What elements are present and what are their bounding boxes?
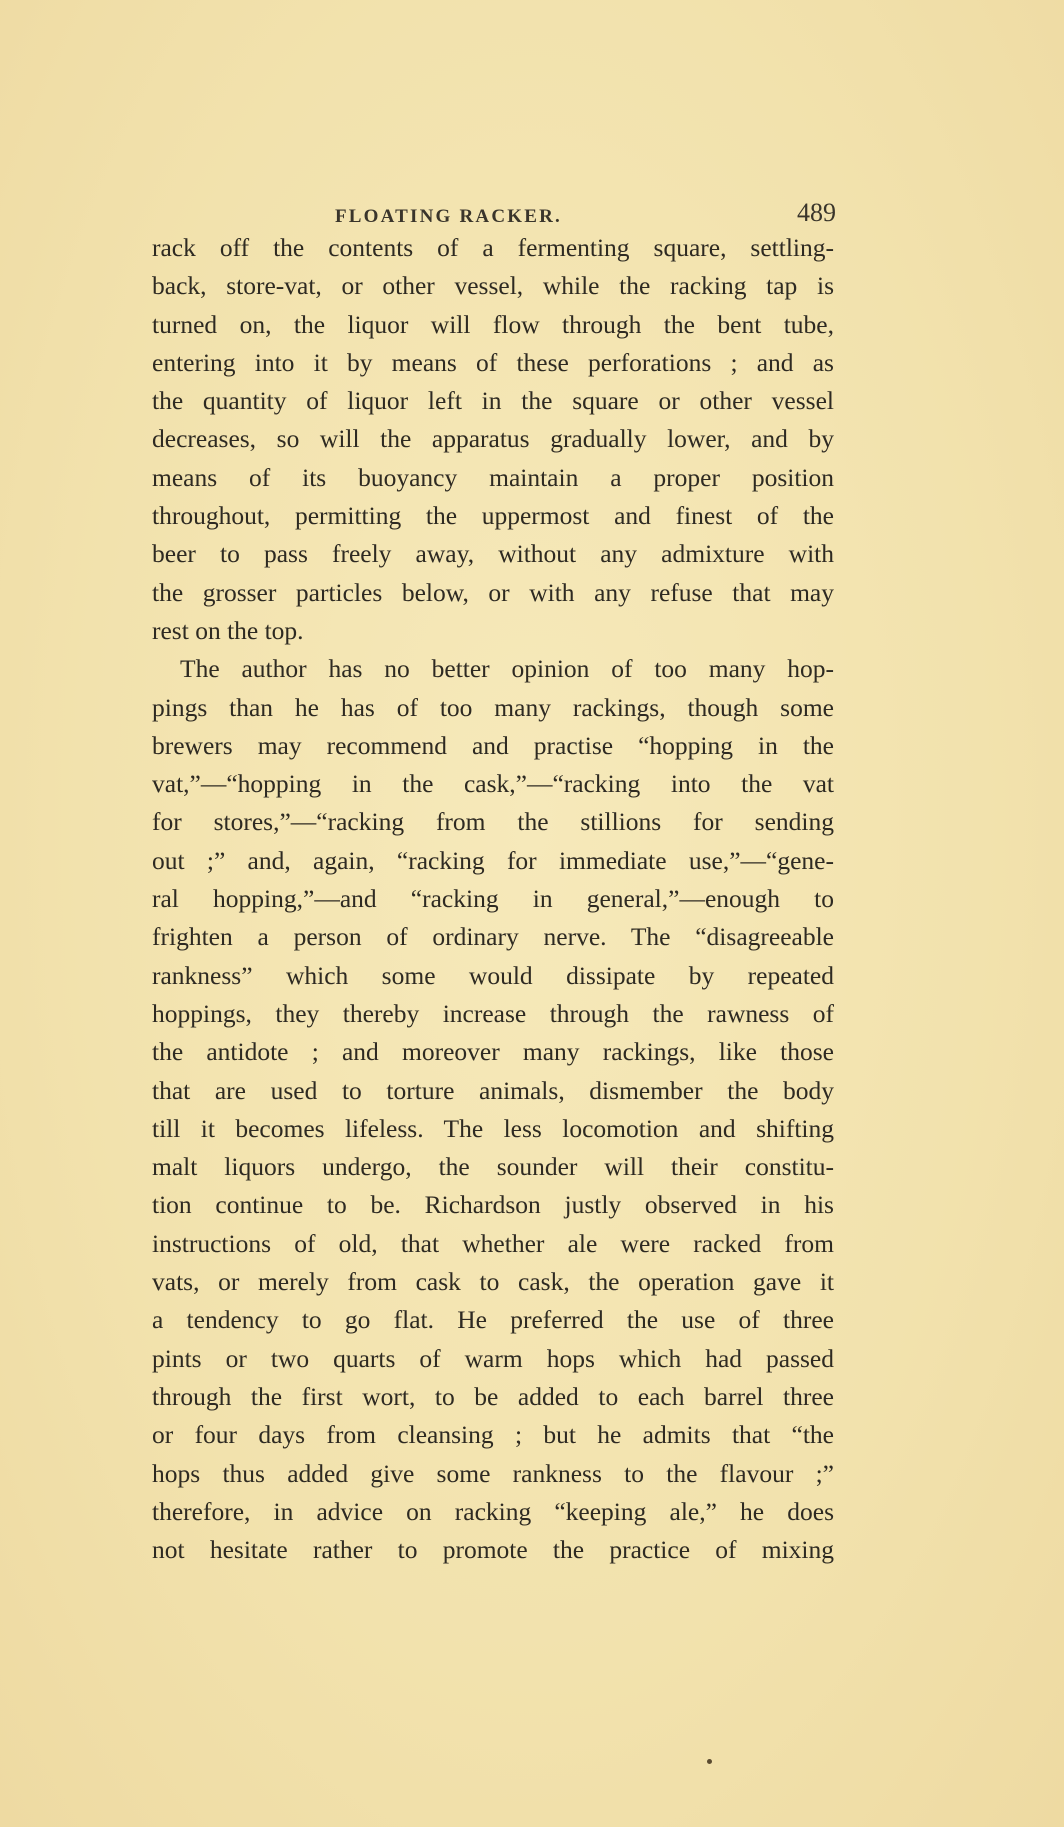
- text-line: rankness” which some would dissipate by …: [152, 957, 834, 995]
- running-title: FLOATING RACKER.: [335, 206, 562, 228]
- text-line: malt liquors undergo, the sounder will t…: [152, 1148, 834, 1186]
- text-line: through the first wort, to be added to e…: [152, 1378, 834, 1416]
- text-line: a tendency to go flat. He preferred the …: [152, 1301, 834, 1339]
- text-line: turned on, the liquor will flow through …: [152, 306, 834, 344]
- text-line: the grosser particles below, or with any…: [152, 574, 834, 612]
- text-line: back, store-vat, or other vessel, while …: [152, 267, 834, 305]
- text-line: vats, or merely from cask to cask, the o…: [152, 1263, 834, 1301]
- text-line: pints or two quarts of warm hops which h…: [152, 1340, 834, 1378]
- text-line: till it becomes lifeless. The less locom…: [152, 1110, 834, 1148]
- text-line: rack off the contents of a fermenting sq…: [152, 229, 834, 267]
- text-line: vat,”—“hopping in the cask,”—“racking in…: [152, 765, 834, 803]
- text-line: throughout, permitting the uppermost and…: [152, 497, 834, 535]
- text-line: hops thus added give some rankness to th…: [152, 1455, 834, 1493]
- text-line: brewers may recommend and practise “hopp…: [152, 727, 834, 765]
- text-line: ral hopping,”—and “racking in general,”—…: [152, 880, 834, 918]
- text-line: beer to pass freely away, without any ad…: [152, 535, 834, 573]
- text-line: hoppings, they thereby increase through …: [152, 995, 834, 1033]
- text-line: means of its buoyancy maintain a proper …: [152, 459, 834, 497]
- page-number: 489: [797, 198, 836, 228]
- text-line: pings than he has of too many rackings, …: [152, 689, 834, 727]
- text-line: frighten a person of ordinary nerve. The…: [152, 918, 834, 956]
- text-line: instructions of old, that whether ale we…: [152, 1225, 834, 1263]
- text-line: that are used to torture animals, dismem…: [152, 1072, 834, 1110]
- text-line: decreases, so will the apparatus gradual…: [152, 420, 834, 458]
- text-line-paragraph-start: The author has no better opinion of too …: [152, 650, 834, 688]
- text-line: entering into it by means of these perfo…: [152, 344, 834, 382]
- text-line: or four days from cleansing ; but he adm…: [152, 1416, 834, 1454]
- text-line: therefore, in advice on racking “keeping…: [152, 1493, 834, 1531]
- text-line-paragraph-end: rest on the top.: [152, 612, 834, 650]
- text-line: tion continue to be. Richardson justly o…: [152, 1186, 834, 1224]
- text-line: for stores,”—“racking from the stillions…: [152, 803, 834, 841]
- body-text: rack off the contents of a fermenting sq…: [152, 229, 834, 1569]
- text-line: the quantity of liquor left in the squar…: [152, 382, 834, 420]
- text-line: out ;” and, again, “racking for immediat…: [152, 842, 834, 880]
- paper-speck: [707, 1759, 712, 1764]
- text-line: not hesitate rather to promote the pract…: [152, 1531, 834, 1569]
- text-line: the antidote ; and moreover many racking…: [152, 1033, 834, 1071]
